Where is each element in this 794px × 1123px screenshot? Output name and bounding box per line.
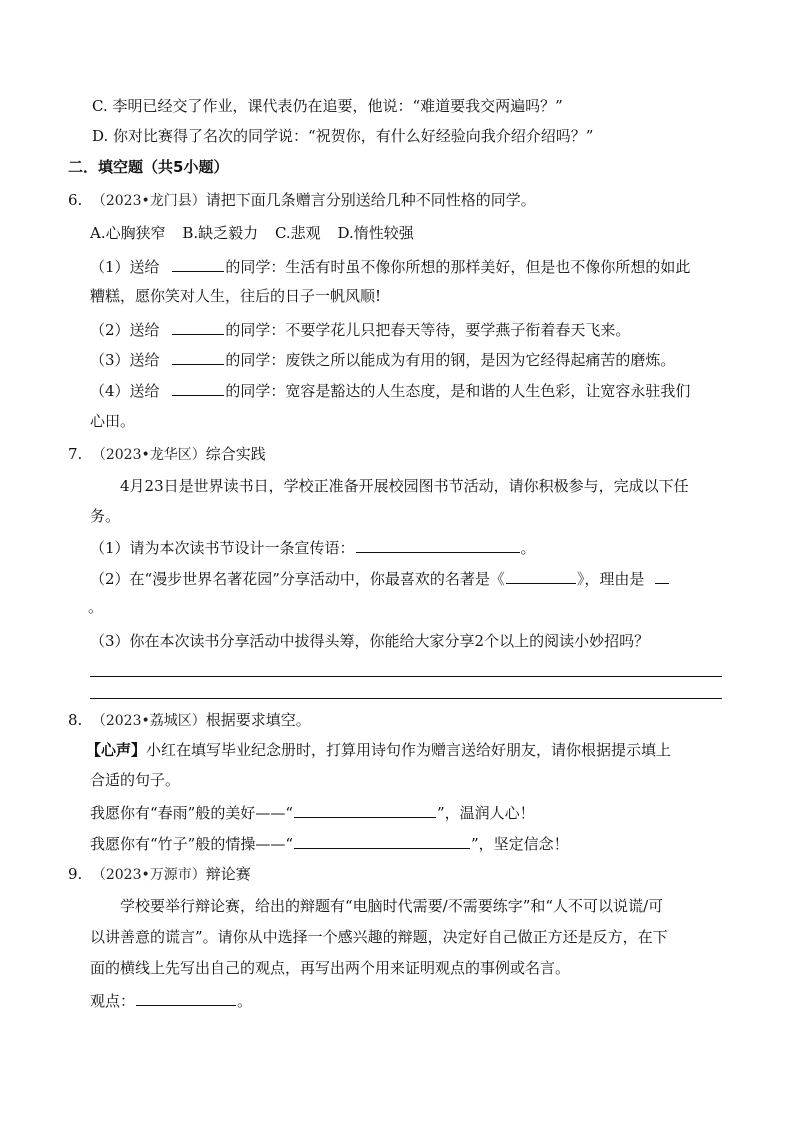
question-6-item-1: （1）送给 的同学：生活有时虽不像你所想的那样美好，但是也不像你所想的如此 [90,256,690,277]
option-text: 李明已经交了作业，课代表仍在追要，他说：“难道要我交两遍吗？” [113,97,563,115]
answer-line-2[interactable] [90,698,722,699]
option-label: C. [92,97,108,115]
answer-blank[interactable] [172,256,224,272]
viewpoint-end: 。 [237,992,252,1010]
question-8-intro-line-1: 【心声】小红在填写毕业纪念册时，打算用诗句作为赠言送给好朋友，请你根据提示填上 [86,740,671,760]
item-end: 。 [521,539,536,557]
answer-blank[interactable] [172,349,224,365]
answer-blank[interactable] [172,319,224,335]
option-c: C. 李明已经交了作业，课代表仍在追要，他说：“难道要我交两遍吗？” [92,96,563,116]
line-end: ”，坚定信念！ [471,835,569,853]
question-8-header: 8. （2023•荔城区）根据要求填空。 [68,710,311,731]
item-label: （1）送给 [90,258,160,276]
viewpoint-blank[interactable] [136,990,236,1006]
question-9-intro-line-1: 学校要举行辩论赛，给出的辩题有“电脑时代需要/不需要练字”和“人不可以说谎/可 [120,896,663,916]
section-title: 二．填空题（共5小题） [68,157,228,177]
question-6-options: A.心胸狭窄 B.缺乏毅力 C.悲观 D.惰性较强 [90,223,426,243]
option-text: 你对比赛得了名次的同学说：“祝贺你，有什么好经验向我介绍介绍吗？” [113,127,593,145]
question-6-item-1-cont: 糟糕，愿你笑对人生，往后的日子一帆风顺! [90,286,381,306]
option-c: C.悲观 [275,223,321,243]
option-d: D.惰性较强 [337,223,413,243]
item-text: （1）请为本次读书节设计一条宣传语： [90,539,355,557]
item-text: 的同学：废铁之所以能成为有用的钢，是因为它经得起痛苦的磨炼。 [225,351,675,369]
question-8-line-1: 我愿你有“春雨”般的美好——“”，温润人心！ [90,802,535,823]
reason-blank[interactable] [655,568,669,584]
question-7-item-3: （3）你在本次读书分享活动中拔得头筹，你能给大家分享2个以上的阅读小妙招吗？ [90,631,649,651]
question-source: （2023•万源市） [92,867,206,883]
slogan-blank[interactable] [356,537,520,553]
viewpoint-label: 观点： [90,992,135,1010]
intro-text: 小红在填写毕业纪念册时，打算用诗句作为赠言送给好朋友，请你根据提示填上 [146,741,671,759]
question-7-item-2: （2）在“漫步世界名著花园”分享活动中，你最喜欢的名著是《》，理由是 [90,568,670,589]
question-source: （2023•龙华区） [92,447,206,463]
question-prompt: 请把下面几条赠言分别送给几种不同性格的同学。 [206,191,536,209]
question-8-line-2: 我愿你有“竹子”般的情操——“”，坚定信念！ [90,833,569,854]
bamboo-blank[interactable] [294,833,470,849]
option-b: B.缺乏毅力 [182,223,258,243]
item-text: 的同学：宽容是豁达的人生态度，是和谐的人生色彩，让宽容永驻我们 [225,382,690,400]
question-7-header: 7. （2023•龙华区）综合实践 [68,444,266,465]
question-7-intro-line-1: 4月23日是世界读书日，学校正准备开展校园图书节活动，请你积极参与，完成以下任 [120,476,689,496]
option-a: A.心胸狭窄 [90,223,166,243]
question-6-header: 6. （2023•龙门县）请把下面几条赠言分别送给几种不同性格的同学。 [68,190,536,211]
question-number: 7. [68,445,82,463]
item-text: 》，理由是 [577,570,645,588]
question-6-item-4-cont: 心田。 [90,411,135,431]
question-7-item-2-end: 。 [88,597,103,617]
question-number: 6. [68,191,82,209]
item-text: （2）在“漫步世界名著花园”分享活动中，你最喜欢的名著是《 [90,570,505,588]
line-text: 我愿你有“春雨”般的美好——“ [90,804,293,822]
question-6-item-3: （3）送给 的同学：废铁之所以能成为有用的钢，是因为它经得起痛苦的磨炼。 [90,349,675,370]
question-prompt: 根据要求填空。 [206,711,311,729]
option-label: D. [92,127,108,145]
question-7-intro-line-2: 务。 [90,506,120,526]
question-number: 8. [68,711,82,729]
answer-line-1[interactable] [90,676,722,677]
item-text: 的同学：生活有时虽不像你所想的那样美好，但是也不像你所想的如此 [225,258,690,276]
question-8-intro-line-2: 合适的句子。 [90,770,180,790]
question-source: （2023•荔城区） [92,713,206,729]
question-9-intro-line-2: 以讲善意的谎言”。请你从中选择一个感兴趣的辩题，决定好自己做正方还是反方，在下 [90,927,668,947]
spring-rain-blank[interactable] [294,802,436,818]
item-label: （2）送给 [90,321,160,339]
question-number: 9. [68,865,82,883]
item-label: （3）送给 [90,351,160,369]
question-6-item-2: （2）送给 的同学：不要学花儿只把春天等待，要学燕子衔着春天飞来。 [90,319,630,340]
item-label: （4）送给 [90,382,160,400]
item-text: 的同学：不要学花儿只把春天等待，要学燕子衔着春天飞来。 [225,321,630,339]
question-7-item-1: （1）请为本次读书节设计一条宣传语：。 [90,537,536,558]
question-9-intro-line-3: 面的横线上先写出自己的观点，再写出两个用来证明观点的事例或名言。 [90,958,570,978]
line-text: 我愿你有“竹子”般的情操——“ [90,835,293,853]
question-prompt: 综合实践 [206,445,266,463]
question-source: （2023•龙门县） [92,193,206,209]
question-6-item-4: （4）送给 的同学：宽容是豁达的人生态度，是和谐的人生色彩，让宽容永驻我们 [90,380,690,401]
option-d: D. 你对比赛得了名次的同学说：“祝贺你，有什么好经验向我介绍介绍吗？” [92,126,593,146]
intro-tag: 【心声】 [86,741,146,759]
question-9-viewpoint: 观点：。 [90,990,252,1011]
answer-blank[interactable] [172,380,224,396]
question-9-header: 9. （2023•万源市）辩论赛 [68,864,251,885]
line-end: ”，温润人心！ [437,804,535,822]
book-title-blank[interactable] [506,568,576,584]
question-prompt: 辩论赛 [206,865,251,883]
